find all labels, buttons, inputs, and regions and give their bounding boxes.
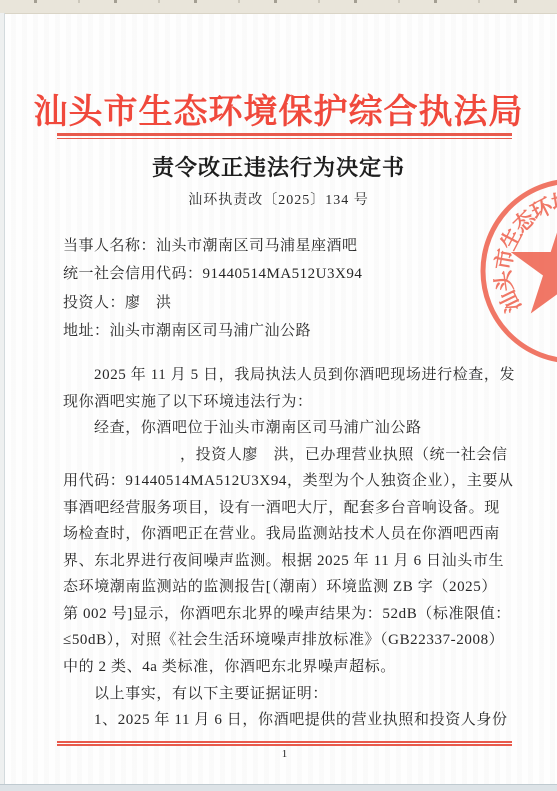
body-line: 第 002 号]显示，你酒吧东北界的噪声结果为：52dB（标准限值： <box>63 601 518 628</box>
body-line: 用代码：91440514MA512U3X94，类型为个人独资企业），主要从 <box>63 468 518 495</box>
header-divider <box>57 133 512 139</box>
parties-block: 当事人名称：汕头市潮南区司马浦星座酒吧 统一社会信用代码：91440514MA5… <box>63 232 515 346</box>
agency-title: 汕头市生态环境保护综合执法局 <box>0 84 557 133</box>
body-line: 经查，你酒吧位于汕头市潮南区司马浦广汕公路 <box>63 415 518 442</box>
credit-code-line: 统一社会信用代码：91440514MA512U3X94 <box>63 260 515 288</box>
body-line: 2025 年 11 月 5 日，我局执法人员到你酒吧现场进行检查，发 <box>63 362 518 389</box>
body-line: 现你酒吧实施了以下环境违法行为： <box>63 389 518 416</box>
address-line: 地址：汕头市潮南区司马浦广汕公路 <box>63 317 515 345</box>
body-line: 场检查时，你酒吧正在营业。我局监测站技术人员在你酒吧西南 <box>63 521 518 548</box>
body-line: 以上事实，有以下主要证据证明： <box>63 681 518 708</box>
scan-edge-bottom <box>0 784 557 791</box>
body-line: 界、东北界进行夜间噪声监测。根据 2025 年 11 月 6 日汕头市生 <box>63 548 518 575</box>
scanned-document-page: 汕头市生态环境保护综合执法局 责令改正违法行为决定书 汕环执责改〔2025〕13… <box>0 0 557 791</box>
body-line: 事酒吧经营服务项目，设有一酒吧大厅，配套多台音响设备。现 <box>63 495 518 522</box>
body-line: ，投资人廖 洪，已办理营业执照（统一社会信 <box>63 442 518 469</box>
body-line: 中的 2 类、4a 类标准，你酒吧东北界噪声超标。 <box>63 654 518 681</box>
investor-line: 投资人：廖 洪 <box>63 289 515 317</box>
body-text: 2025 年 11 月 5 日，我局执法人员到你酒吧现场进行检查，发 现你酒吧实… <box>63 362 518 734</box>
scan-edge-top <box>0 0 557 14</box>
body-line: ≤50dB），对照《社会生活环境噪声排放标准》（GB22337-2008） <box>63 627 518 654</box>
party-name-line: 当事人名称：汕头市潮南区司马浦星座酒吧 <box>63 232 515 260</box>
body-line: 态环境潮南监测站的监测报告[（潮南）环境监测 ZB 字（2025） <box>63 574 518 601</box>
official-seal: 汕头市生态环境保护综合执法局 <box>463 161 557 381</box>
footer-divider <box>57 741 512 746</box>
page-number: 1 <box>57 748 512 760</box>
body-line: 1、2025 年 11 月 6 日，你酒吧提供的营业执照和投资人身份 <box>63 707 518 734</box>
